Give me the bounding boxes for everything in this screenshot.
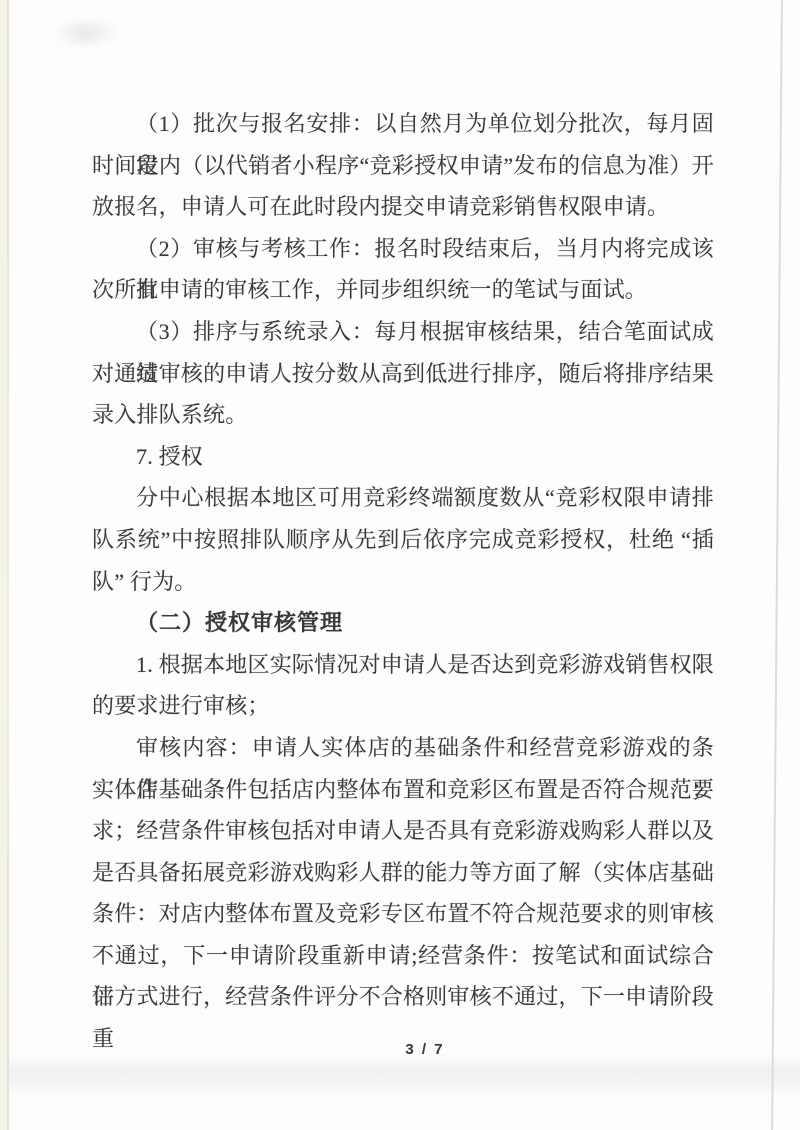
document-body: （1）批次与报名安排：以自然月为单位划分批次，每月固定时间段内（以代销者小程序“…	[92, 103, 714, 1018]
document-line: 求；经营条件审核包括对申请人是否具有竞彩游戏购彩人群以及	[92, 810, 714, 852]
document-line: 对通过审核的申请人按分数从高到低进行排序，随后将排序结果	[92, 353, 714, 395]
document-line: 时间段内（以代销者小程序“竞彩授权申请”发布的信息为准）开	[92, 145, 714, 187]
scanned-page: （1）批次与报名安排：以自然月为单位划分批次，每月固定时间段内（以代销者小程序“…	[0, 0, 800, 1130]
document-line: （3）排序与系统录入：每月根据审核结果，结合笔面试成绩	[92, 311, 714, 353]
left-seam-line	[7, 0, 9, 1130]
document-line: 条件：对店内整体布置及竞彩专区布置不符合规范要求的则审核	[92, 893, 714, 935]
document-line: 队” 行为。	[92, 561, 714, 603]
document-line: 审核内容：申请人实体店的基础条件和经营竞彩游戏的条件；	[92, 727, 714, 769]
right-page-edge-line	[771, 0, 783, 1130]
scan-smudge	[52, 16, 120, 50]
document-line: 实体店基础条件包括店内整体布置和竞彩区布置是否符合规范要	[92, 769, 714, 811]
document-line: 分中心根据本地区可用竞彩终端额度数从“竞彩权限申请排	[92, 477, 714, 519]
document-line: 不通过，下一申请阶段重新申请;经营条件：按笔试和面试综合评	[92, 935, 714, 977]
document-line: （二）授权审核管理	[92, 602, 714, 644]
document-line: 录入排队系统。	[92, 394, 714, 436]
document-line: 1. 根据本地区实际情况对申请人是否达到竞彩游戏销售权限	[92, 644, 714, 686]
document-line: 的要求进行审核；	[92, 685, 714, 727]
document-line: 估方式进行，经营条件评分不合格则审核不通过，下一申请阶段重	[92, 976, 714, 1018]
document-line: （2）审核与考核工作：报名时段结束后，当月内将完成该批	[92, 228, 714, 270]
document-line: 放报名，申请人可在此时段内提交申请竞彩销售权限申请。	[92, 186, 714, 228]
document-line: 次所有申请的审核工作，并同步组织统一的笔试与面试。	[92, 269, 714, 311]
document-line: （1）批次与报名安排：以自然月为单位划分批次，每月固定	[92, 103, 714, 145]
scanner-edge-strip	[0, 0, 7, 1130]
document-line: 是否具备拓展竞彩游戏购彩人群的能力等方面了解（实体店基础	[92, 852, 714, 894]
page-number: 3 / 7	[0, 1038, 800, 1062]
document-line: 7. 授权	[92, 436, 714, 478]
document-line: 队系统”中按照排队顺序从先到后依序完成竞彩授权，杜绝 “插	[92, 519, 714, 561]
